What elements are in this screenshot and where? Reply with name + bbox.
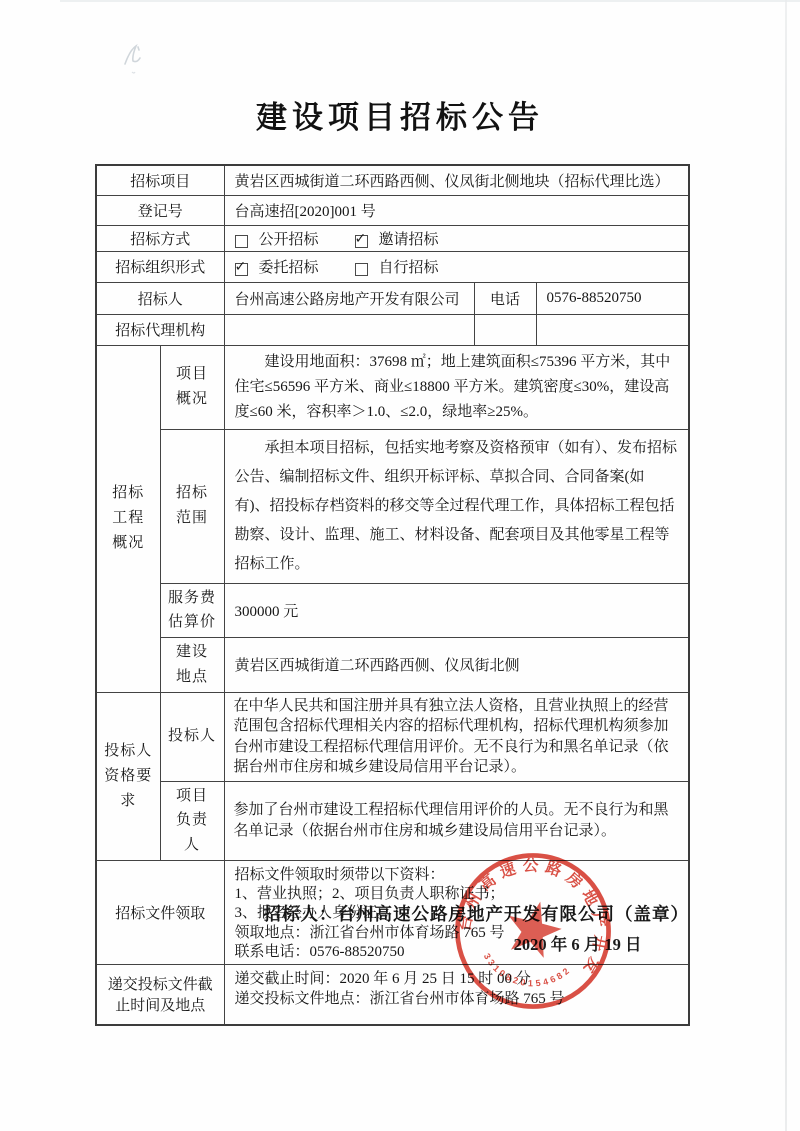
- agency-label: 招标代理机构: [96, 314, 224, 345]
- row-bid-method: 招标方式 ✓公开招标✓邀请招标: [96, 225, 689, 251]
- bid-project-label: 招标项目: [96, 165, 224, 195]
- row-bid-scope: 招标范围 承担本项目招标，包括实地考察及资格预审（如有）、发布招标公告、编制招标…: [96, 429, 689, 583]
- bidder-label: 投标人: [160, 692, 224, 781]
- fee-value: 300000 元: [224, 583, 689, 638]
- scan-edge-right: [785, 0, 787, 1131]
- tenderer-label: 招标人: [96, 282, 224, 314]
- doc-pickup-line: 招标文件领取时须带以下资料：: [235, 866, 679, 885]
- qualification-group-label: 投标人资格要求: [96, 692, 160, 860]
- location-label: 建设地点: [160, 638, 224, 693]
- project-group-label: 招标工程概况: [96, 345, 160, 692]
- bid-method-options: ✓公开招标✓邀请招标: [224, 225, 689, 251]
- document-page: 建设项目招标公告 招标项目 黄岩区西城街道二环西路西侧、仪凤街北侧地块（招标代理…: [0, 0, 800, 1131]
- org-form-label: 招标组织形式: [96, 251, 224, 282]
- row-project-manager: 项目负责人 参加了台州市建设工程招标代理信用评价的人员。无不良行为和黑名单记录（…: [96, 781, 689, 860]
- row-bid-project: 招标项目 黄岩区西城街道二环西路西侧、仪凤街北侧地块（招标代理比选）: [96, 165, 689, 195]
- org-form-option1-label: 委托招标: [259, 260, 319, 276]
- registration-label: 登记号: [96, 195, 224, 225]
- bid-method-label: 招标方式: [96, 225, 224, 251]
- checkbox-open-bidding-icon: ✓: [235, 235, 248, 248]
- row-bidder-qualification: 投标人资格要求 投标人 在中华人民共和国注册并具有独立法人资格，且营业执照上的经…: [96, 692, 689, 781]
- announcement-date: 2020 年 6 月 19 日: [490, 931, 665, 955]
- registration-value: 台高速招[2020]001 号: [224, 195, 689, 225]
- tenderer-phone-value: 0576-88520750: [536, 282, 689, 314]
- row-org-form: 招标组织形式 ✓委托招标✓自行招标: [96, 251, 689, 282]
- submission-line: 递交投标文件地点：浙江省台州市体育场路 765 号: [235, 990, 679, 1009]
- bid-announcement-table: 招标项目 黄岩区西城街道二环西路西侧、仪凤街北侧地块（招标代理比选） 登记号 台…: [95, 164, 690, 1026]
- page-title: 建设项目招标公告: [0, 92, 800, 137]
- row-submission: 递交投标文件截止时间及地点 递交截止时间：2020 年 6 月 25 日 15 …: [96, 965, 689, 1025]
- tenderer-value: 台州高速公路房地产开发有限公司: [224, 282, 474, 314]
- scope-label: 招标范围: [160, 429, 224, 583]
- bid-project-value: 黄岩区西城街道二环西路西侧、仪凤街北侧地块（招标代理比选）: [224, 165, 689, 195]
- row-agency: 招标代理机构: [96, 314, 689, 345]
- row-location: 建设地点 黄岩区西城街道二环西路西侧、仪凤街北侧: [96, 638, 689, 693]
- submission-value: 递交截止时间：2020 年 6 月 25 日 15 时 00 分 递交投标文件地…: [224, 965, 689, 1025]
- row-registration: 登记号 台高速招[2020]001 号: [96, 195, 689, 225]
- org-form-options: ✓委托招标✓自行招标: [224, 251, 689, 282]
- row-project-overview: 招标工程概况 项目概况 建设用地面积：37698 ㎡；地上建筑面积≤75396 …: [96, 345, 689, 429]
- bid-method-option1-label: 公开招标: [259, 232, 319, 248]
- agency-phone-value: [536, 314, 689, 345]
- manager-value: 参加了台州市建设工程招标代理信用评价的人员。无不良行为和黑名单记录（依据台州市住…: [224, 781, 689, 860]
- pencil-mark: [118, 38, 152, 78]
- tenderer-phone-label: 电话: [474, 282, 536, 314]
- checkbox-self-bidding-icon: ✓: [355, 263, 368, 276]
- agency-value: [224, 314, 474, 345]
- submission-label: 递交投标文件截止时间及地点: [96, 965, 224, 1025]
- bidder-value: 在中华人民共和国注册并具有独立法人资格，且营业执照上的经营范围包含招标代理相关内…: [224, 692, 689, 781]
- fee-label: 服务费估算价: [160, 583, 224, 638]
- scope-value: 承担本项目招标，包括实地考察及资格预审（如有）、发布招标公告、编制招标文件、组织…: [224, 429, 689, 583]
- location-value: 黄岩区西城街道二环西路西侧、仪凤街北侧: [224, 638, 689, 693]
- org-form-option2-label: 自行招标: [379, 260, 439, 276]
- scan-edge-top: [60, 0, 800, 2]
- bid-method-option2-label: 邀请招标: [379, 232, 439, 248]
- tenderer-signature-line: 招标人：台州高速公路房地产开发有限公司（盖章）: [0, 901, 689, 926]
- overview-label: 项目概况: [160, 345, 224, 429]
- overview-value: 建设用地面积：37698 ㎡；地上建筑面积≤75396 平方米，其中住宅≤565…: [224, 345, 689, 429]
- row-tenderer: 招标人 台州高速公路房地产开发有限公司 电话 0576-88520750: [96, 282, 689, 314]
- checkbox-invited-bidding-icon: ✓: [355, 235, 368, 248]
- agency-phone-label: [474, 314, 536, 345]
- row-service-fee: 服务费估算价 300000 元: [96, 583, 689, 638]
- checkbox-delegated-bidding-icon: ✓: [235, 263, 248, 276]
- submission-line: 递交截止时间：2020 年 6 月 25 日 15 时 00 分: [235, 970, 679, 989]
- manager-label: 项目负责人: [160, 781, 224, 860]
